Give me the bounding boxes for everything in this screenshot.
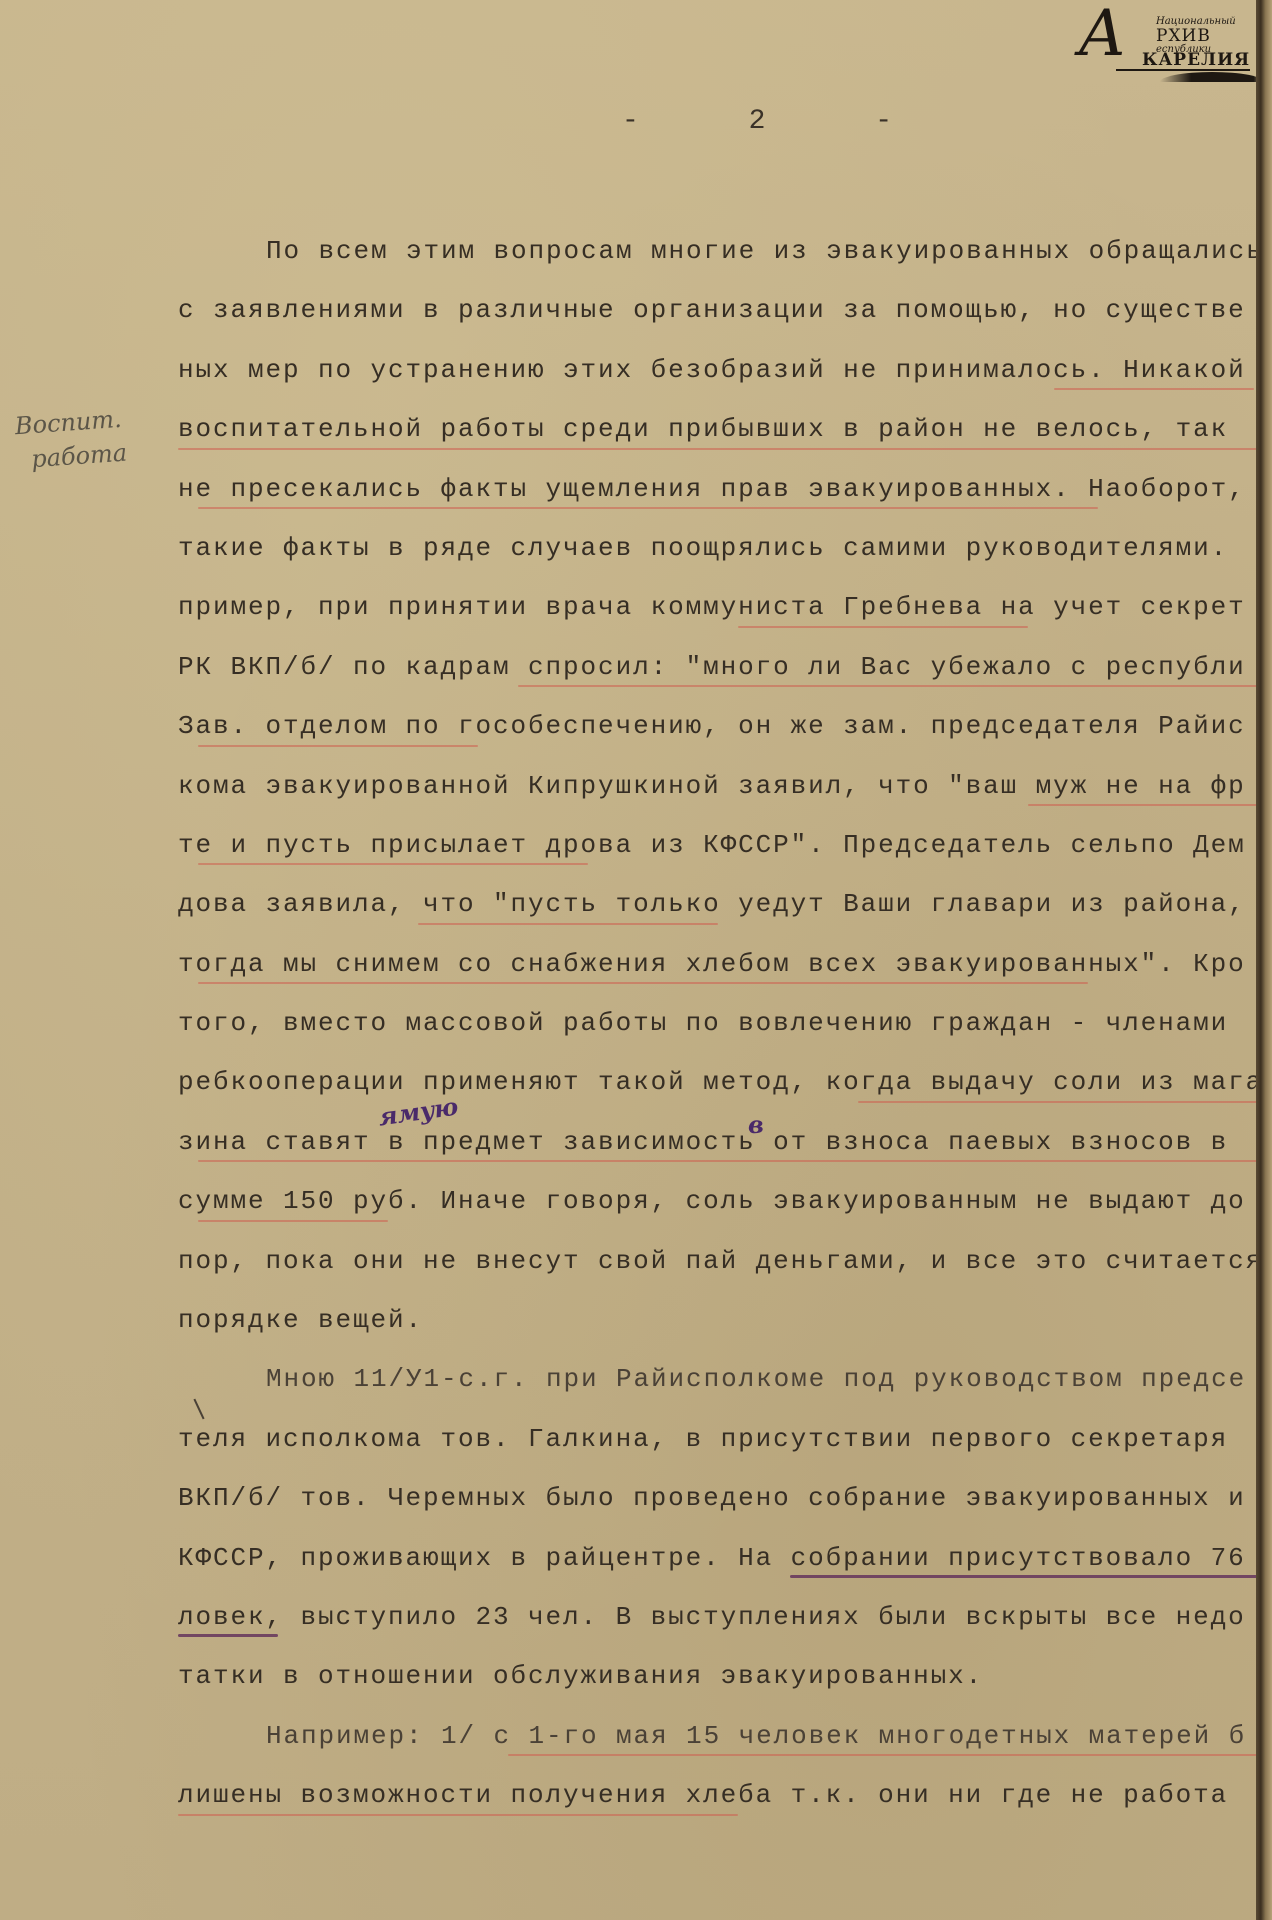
text-line-content: ловек, выступило 23 чел. В выступлениях …: [178, 1602, 1246, 1632]
text-line-content: ребкооперации применяют такой метод, ког…: [178, 1067, 1258, 1097]
text-line: ловек, выступило 23 чел. В выступлениях …: [178, 1588, 1258, 1647]
red-pencil-underline: [518, 685, 1258, 687]
text-line: ных мер по устранению этих безобразий не…: [178, 341, 1258, 400]
text-line: дова заявила, что "пусть только уедут Ва…: [178, 875, 1258, 934]
text-line: По всем этим вопросам многие из эвакуиро…: [178, 222, 1258, 281]
text-line-content: зина ставят в предмет зависимость от взн…: [178, 1127, 1228, 1157]
red-pencil-underline: [198, 863, 588, 865]
text-line: пример, при принятии врача коммуниста Гр…: [178, 578, 1258, 637]
red-pencil-underline: [198, 745, 478, 747]
text-line: ВКП/б/ тов. Черемных было проведено собр…: [178, 1469, 1258, 1528]
red-pencil-underline: [198, 507, 1098, 509]
text-line-content: те и пусть присылает дрова из КФССР". Пр…: [178, 830, 1246, 860]
red-pencil-underline: [508, 1754, 1258, 1756]
logo-initial: А: [1078, 2, 1126, 66]
national-archive-karelia-logo: А Национальный РХИВ еспублики КАРЕЛИЯ: [1070, 6, 1266, 86]
red-pencil-underline: [198, 982, 1088, 984]
logo-rule: [1116, 69, 1250, 71]
text-line: кома эвакуированной Кипрушкиной заявил, …: [178, 757, 1258, 816]
text-line-content: кома эвакуированной Кипрушкиной заявил, …: [178, 771, 1246, 801]
page-number-value: 2: [749, 106, 766, 137]
typed-body-text: По всем этим вопросам многие из эвакуиро…: [178, 222, 1258, 1826]
text-line: лишены возможности получения хлеба т.к. …: [178, 1766, 1258, 1825]
text-line-content: не пресекались факты ущемления прав эвак…: [178, 474, 1246, 504]
red-pencil-underline: [178, 1814, 738, 1816]
purple-ink-underline: [790, 1575, 1258, 1578]
text-line-content: пример, при принятии врача коммуниста Гр…: [178, 592, 1246, 622]
text-line: КФССР, проживающих в райцентре. На собра…: [178, 1529, 1258, 1588]
text-line-content: лишены возможности получения хлеба т.к. …: [178, 1780, 1228, 1810]
text-line: воспитательной работы среди прибывших в …: [178, 400, 1258, 459]
red-pencil-underline: [738, 626, 1028, 628]
text-line-content: воспитательной работы среди прибывших в …: [178, 414, 1228, 444]
text-line: РК ВКП/б/ по кадрам спросил: "много ли В…: [178, 638, 1258, 697]
text-line: пор, пока они не внесут свой пай деньгам…: [178, 1232, 1258, 1291]
text-line-content: сумме 150 руб. Иначе говоря, соль эвакуи…: [178, 1186, 1246, 1216]
text-line: тогда мы снимем со снабжения хлебом всех…: [178, 935, 1258, 994]
red-pencil-underline: [1054, 388, 1254, 390]
text-line: Например: 1/ с 1-го мая 15 человек много…: [178, 1707, 1258, 1766]
text-line: не пресекались факты ущемления прав эвак…: [178, 460, 1258, 519]
text-line: зина ставят в предмет зависимость от взн…: [178, 1113, 1258, 1172]
red-pencil-underline: [198, 1220, 388, 1222]
page-number-dash-right: -: [875, 106, 892, 137]
handwritten-correction-letter: в: [748, 1110, 764, 1139]
handwritten-margin-note: Воспит. работа: [14, 399, 168, 477]
text-line-content: КФССР, проживающих в райцентре. На собра…: [178, 1543, 1246, 1573]
text-line: теля исполкома тов. Галкина, в присутств…: [178, 1410, 1258, 1469]
red-pencil-underline: [418, 923, 718, 925]
red-pencil-underline: [198, 1160, 1258, 1162]
text-line: татки в отношении обслуживания эвакуиров…: [178, 1647, 1258, 1706]
page-number-dash-left: -: [622, 106, 639, 137]
logo-line-karelia: КАРЕЛИЯ: [1142, 50, 1250, 70]
text-line: такие факты в ряде случаев поощрялись са…: [178, 519, 1258, 578]
purple-ink-underline: [178, 1634, 278, 1637]
text-line: Мною 11/У1-с.г. при Райисполкоме под рук…: [178, 1350, 1258, 1409]
page-number: - 2 -: [622, 106, 892, 137]
text-line-content: ных мер по устранению этих безобразий не…: [178, 355, 1246, 385]
text-line: Зав. отделом по гособеспечению, он же за…: [178, 697, 1258, 756]
red-pencil-underline: [178, 448, 1258, 450]
text-line-content: тогда мы снимем со снабжения хлебом всех…: [178, 949, 1246, 979]
text-line-content: РК ВКП/б/ по кадрам спросил: "много ли В…: [178, 652, 1246, 682]
red-pencil-underline: [1028, 804, 1258, 806]
text-line: того, вместо массовой работы по вовлечен…: [178, 994, 1258, 1053]
text-line-content: Например: 1/ с 1-го мая 15 человек много…: [266, 1721, 1246, 1751]
quill-icon: [1160, 72, 1264, 82]
red-pencil-underline: [858, 1101, 1258, 1103]
text-line-content: дова заявила, что "пусть только уедут Ва…: [178, 889, 1246, 919]
logo-line-archive: РХИВ: [1156, 26, 1211, 46]
text-line: те и пусть присылает дрова из КФССР". Пр…: [178, 816, 1258, 875]
text-line: порядке вещей.: [178, 1291, 1258, 1350]
text-line-content: Зав. отделом по гособеспечению, он же за…: [178, 711, 1246, 741]
text-line: сумме 150 руб. Иначе говоря, соль эвакуи…: [178, 1172, 1258, 1231]
text-line: ребкооперации применяют такой метод, ког…: [178, 1053, 1258, 1112]
text-line: с заявлениями в различные организации за…: [178, 281, 1258, 340]
page-edge-shadow: [1256, 0, 1272, 1920]
